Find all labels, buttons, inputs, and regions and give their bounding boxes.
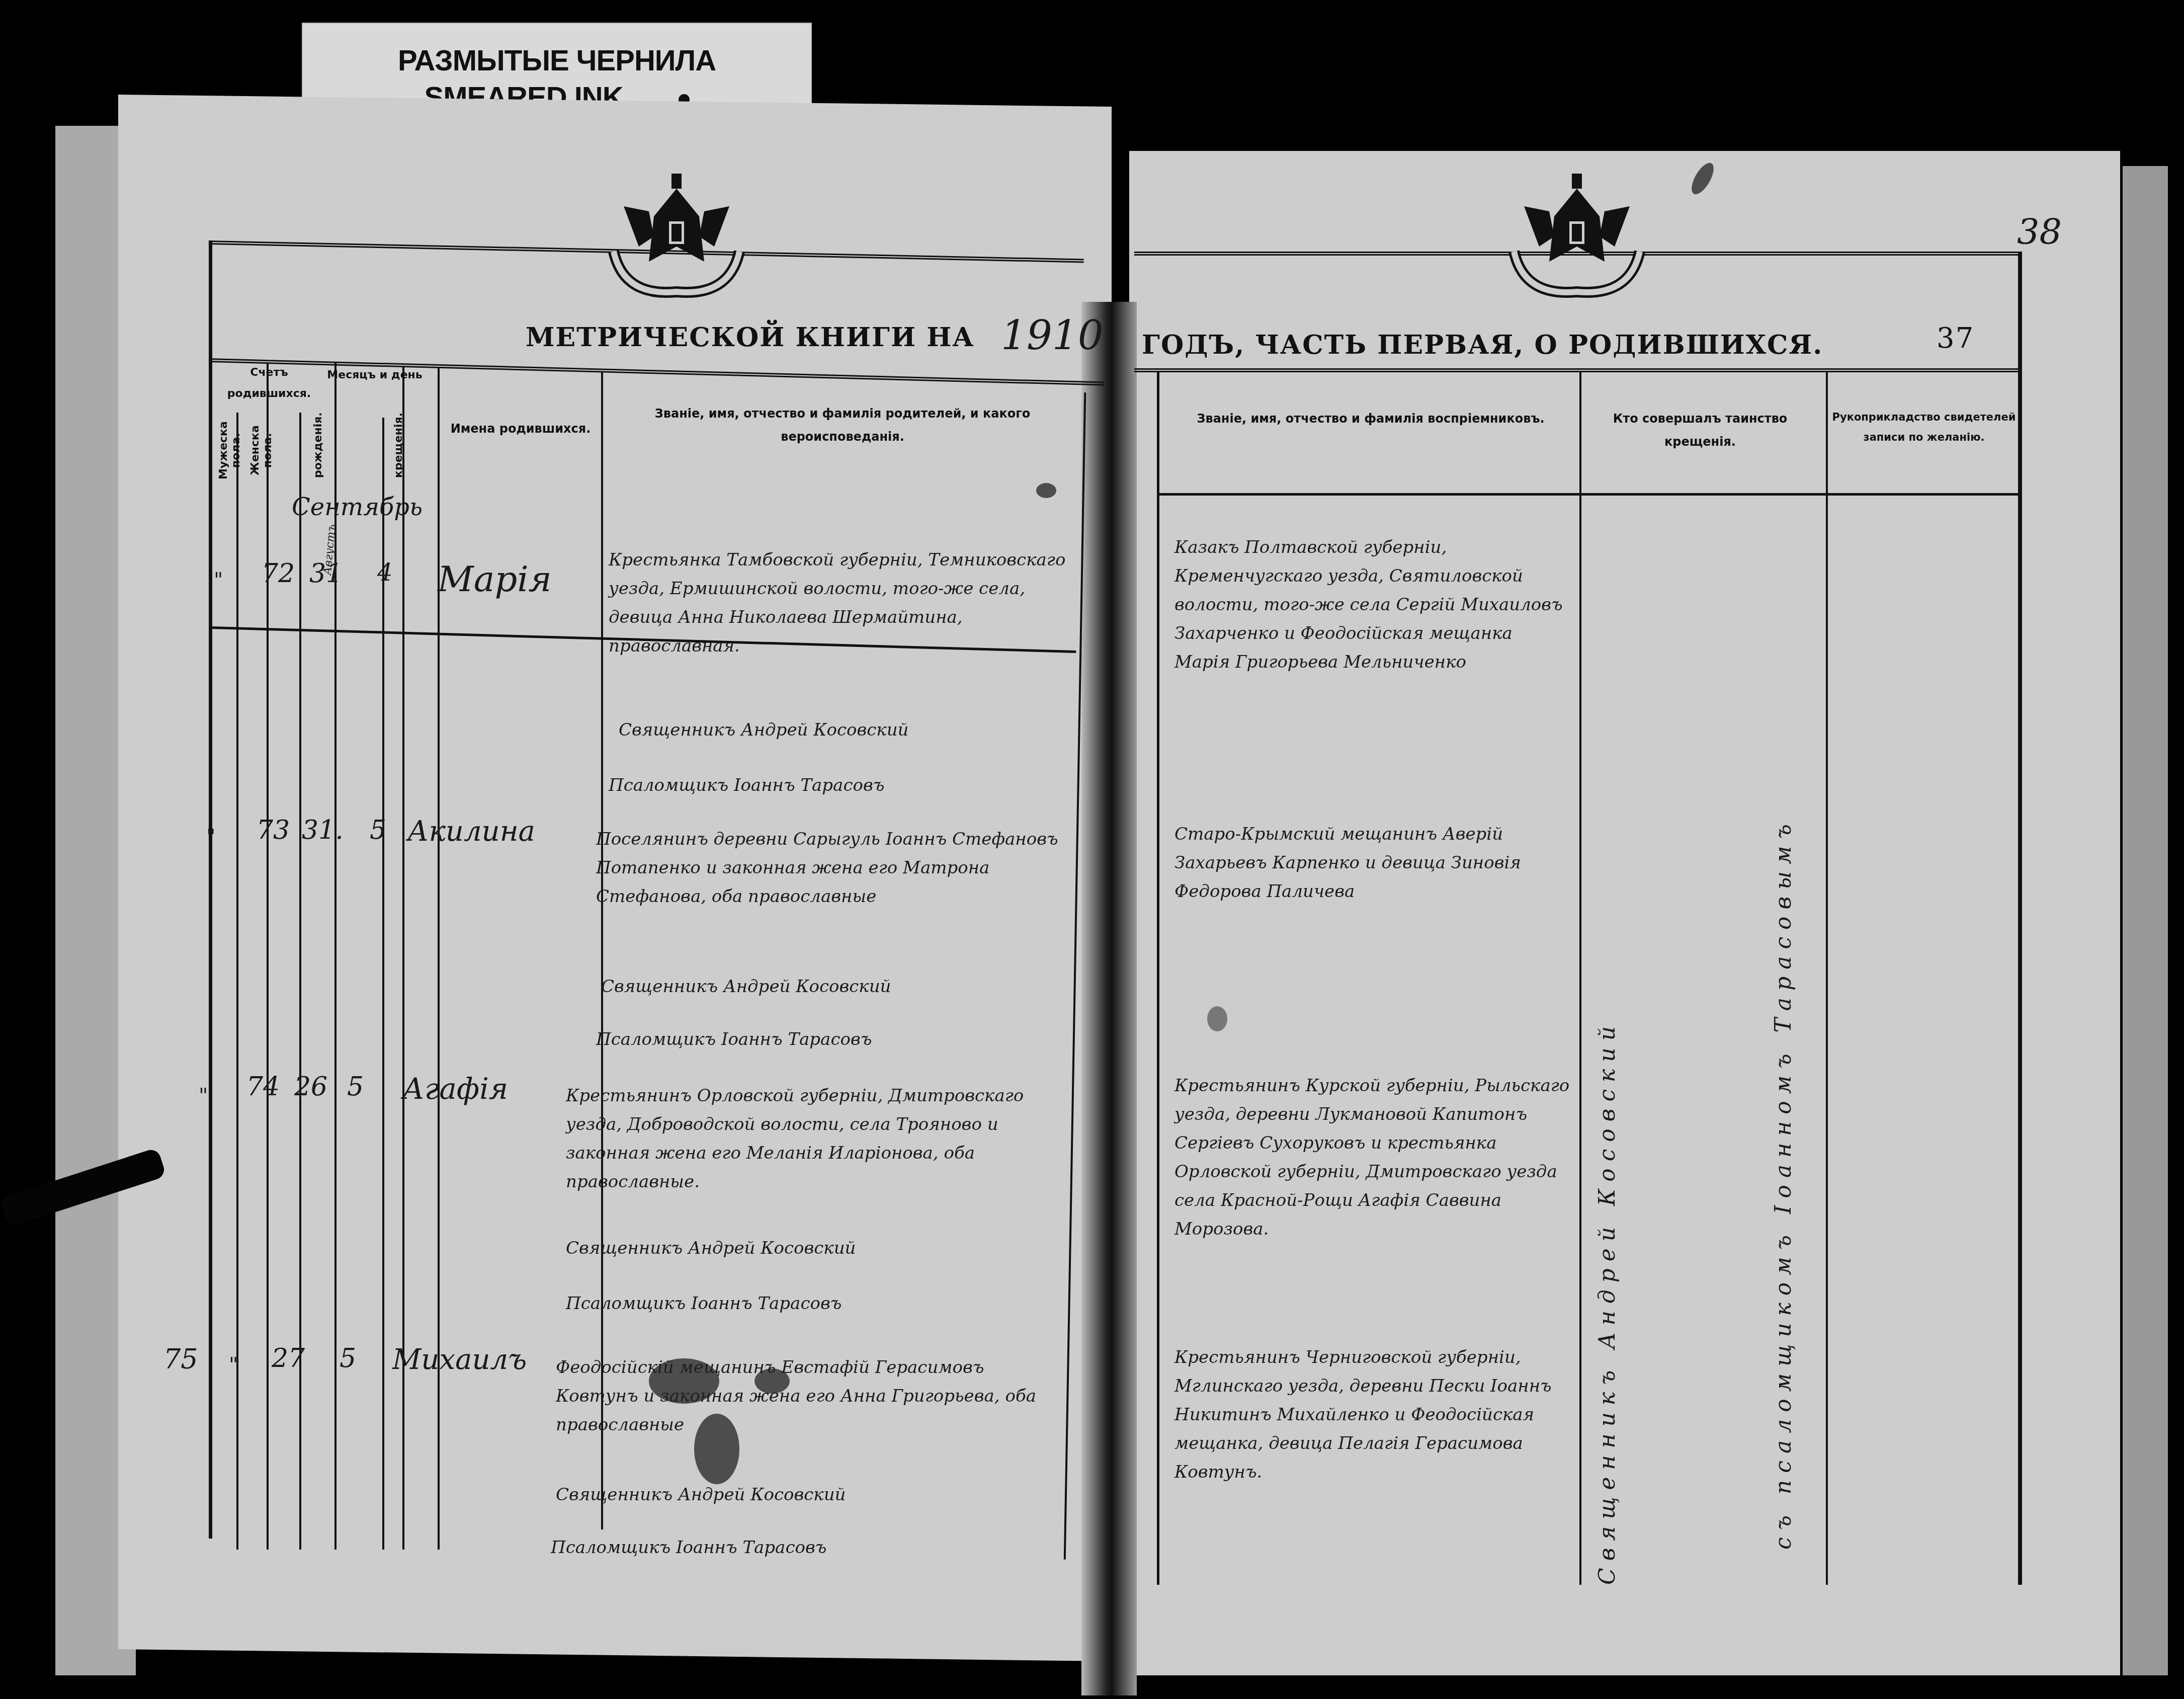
ink-blot bbox=[1207, 1006, 1227, 1031]
performer-vertical: Священникъ Андрей Косовский bbox=[1594, 629, 1620, 1585]
entry-parents: Феодосійскій мещанинъ Евстафій Герасимов… bbox=[556, 1353, 1059, 1439]
ink-smear bbox=[754, 1368, 790, 1394]
entry-godparents: Крестьянинъ Курской губерніи, Рыльскаго … bbox=[1174, 1072, 1572, 1244]
entry-name: Акилина bbox=[407, 815, 535, 848]
book-gutter bbox=[1081, 302, 1137, 1695]
entry-baptism-day: 4 bbox=[377, 558, 393, 587]
page-number-printed: 37 bbox=[1937, 322, 1974, 355]
signature-priest: Священникъ Андрей Косовский bbox=[566, 1233, 1019, 1264]
register-title-right: ГОДЪ, ЧАСТЬ ПЕРВАЯ, О РОДИВШИХСЯ. bbox=[1142, 330, 1823, 360]
entry-male: 75 bbox=[163, 1343, 198, 1375]
signature-psalmist: Псаломщикъ Іоаннъ Тарасовъ bbox=[551, 1532, 1014, 1563]
col-line bbox=[1157, 372, 1159, 1585]
entry-birth-day: 31 bbox=[309, 558, 343, 589]
page-number-handwritten: 38 bbox=[2017, 211, 2062, 253]
header-performer: Кто совершалъ таинство крещенія. bbox=[1584, 408, 1816, 453]
entry-birth-day: 27 bbox=[272, 1343, 305, 1373]
entry-parents: Поселянинъ деревни Сарыгуль Іоаннъ Стефа… bbox=[596, 825, 1069, 911]
entry-godparents: Казакъ Полтавской губерніи, Кременчугска… bbox=[1174, 533, 1572, 677]
label-ru: РАЗМЫТЫЕ ЧЕРНИЛА bbox=[303, 44, 811, 77]
entry-female: 73 bbox=[257, 815, 290, 845]
entry-godparents: Крестьянинъ Черниговской губерніи, Мглин… bbox=[1174, 1343, 1572, 1487]
register-title-left: МЕТРИЧЕСКОЙ КНИГИ НА bbox=[526, 322, 975, 353]
entry-baptism-day: 5 bbox=[340, 1343, 356, 1373]
col-line bbox=[1579, 372, 1581, 1585]
header-godparents: Званіе, имя, отчество и фамилія воспріем… bbox=[1162, 408, 1579, 431]
entry-male: " bbox=[214, 569, 223, 592]
col-line bbox=[382, 418, 384, 1550]
header-bottom-rule bbox=[1157, 493, 2020, 496]
entry-godparents: Старо-Крымский мещанинъ Аверій Захарьевъ… bbox=[1174, 820, 1572, 906]
right-title-rule bbox=[1134, 368, 2020, 372]
entry-name: Марія bbox=[438, 558, 552, 600]
entry-baptism-day: 5 bbox=[370, 815, 386, 845]
signature-psalmist: Псаломщикъ Іоаннъ Тарасовъ bbox=[596, 1024, 1059, 1055]
entry-birth-day: 26 bbox=[294, 1072, 327, 1102]
ink-blot bbox=[1036, 483, 1056, 498]
entry-baptism-day: 5 bbox=[347, 1072, 364, 1102]
imperial-eagle-icon bbox=[594, 171, 760, 302]
year-handwritten: 1910 bbox=[1001, 312, 1104, 359]
header-names: Имена родившихся. bbox=[438, 418, 604, 441]
header-witnesses: Рукоприкладство свидетелей записи по жел… bbox=[1831, 408, 2017, 448]
entry-birth-day: 31. bbox=[302, 815, 344, 845]
left-frame-border bbox=[209, 240, 212, 1539]
entry-female: 72 bbox=[262, 558, 295, 589]
entry-parents: Крестьянинъ Орловской губерніи, Дмитровс… bbox=[566, 1082, 1064, 1196]
header-parents: Званіе, имя, отчество и фамилія родителе… bbox=[604, 402, 1081, 448]
right-frame-border bbox=[2018, 252, 2022, 1585]
signature-priest: Священникъ Андрей Косовский bbox=[619, 714, 1071, 746]
col-line bbox=[1826, 372, 1828, 1585]
page-stack-edge-right bbox=[2123, 166, 2168, 1675]
signature-psalmist: Псаломщикъ Іоаннъ Тарасовъ bbox=[609, 770, 1071, 801]
header-female: Женска пола. bbox=[249, 413, 279, 488]
header-count-group: Счетъ родившихся. bbox=[216, 362, 322, 404]
entry-female: 74 bbox=[246, 1072, 280, 1102]
entry-male: " bbox=[206, 825, 215, 848]
header-male: Мужеска пола. bbox=[217, 413, 247, 488]
ink-smear bbox=[649, 1358, 719, 1404]
entry-name: Агафія bbox=[402, 1072, 508, 1106]
signature-priest: Священникъ Андрей Косовский bbox=[601, 971, 1054, 1002]
imperial-eagle-icon bbox=[1494, 171, 1660, 302]
psalmist-vertical: съ псаломщикомъ Іоанномъ Тарасовымъ bbox=[1771, 483, 1796, 1550]
header-baptism: крещенія. bbox=[392, 423, 420, 478]
month-label: Сентябрь bbox=[292, 493, 423, 521]
signature-priest: Священникъ Андрей Косовский bbox=[556, 1479, 1009, 1510]
signature-psalmist: Псаломщикъ Іоаннъ Тарасовъ bbox=[566, 1288, 1029, 1319]
entry-name: Михаилъ bbox=[392, 1343, 527, 1376]
entry-male: " bbox=[199, 1084, 208, 1107]
col-line bbox=[267, 362, 269, 1550]
entry-female: " bbox=[229, 1353, 238, 1377]
entry-parents: Крестьянка Тамбовской губерніи, Темников… bbox=[609, 546, 1071, 661]
ink-smear bbox=[694, 1414, 739, 1484]
header-date-group: Месяцъ и день bbox=[324, 365, 425, 386]
col-line bbox=[236, 413, 238, 1550]
col-line bbox=[299, 413, 301, 1550]
